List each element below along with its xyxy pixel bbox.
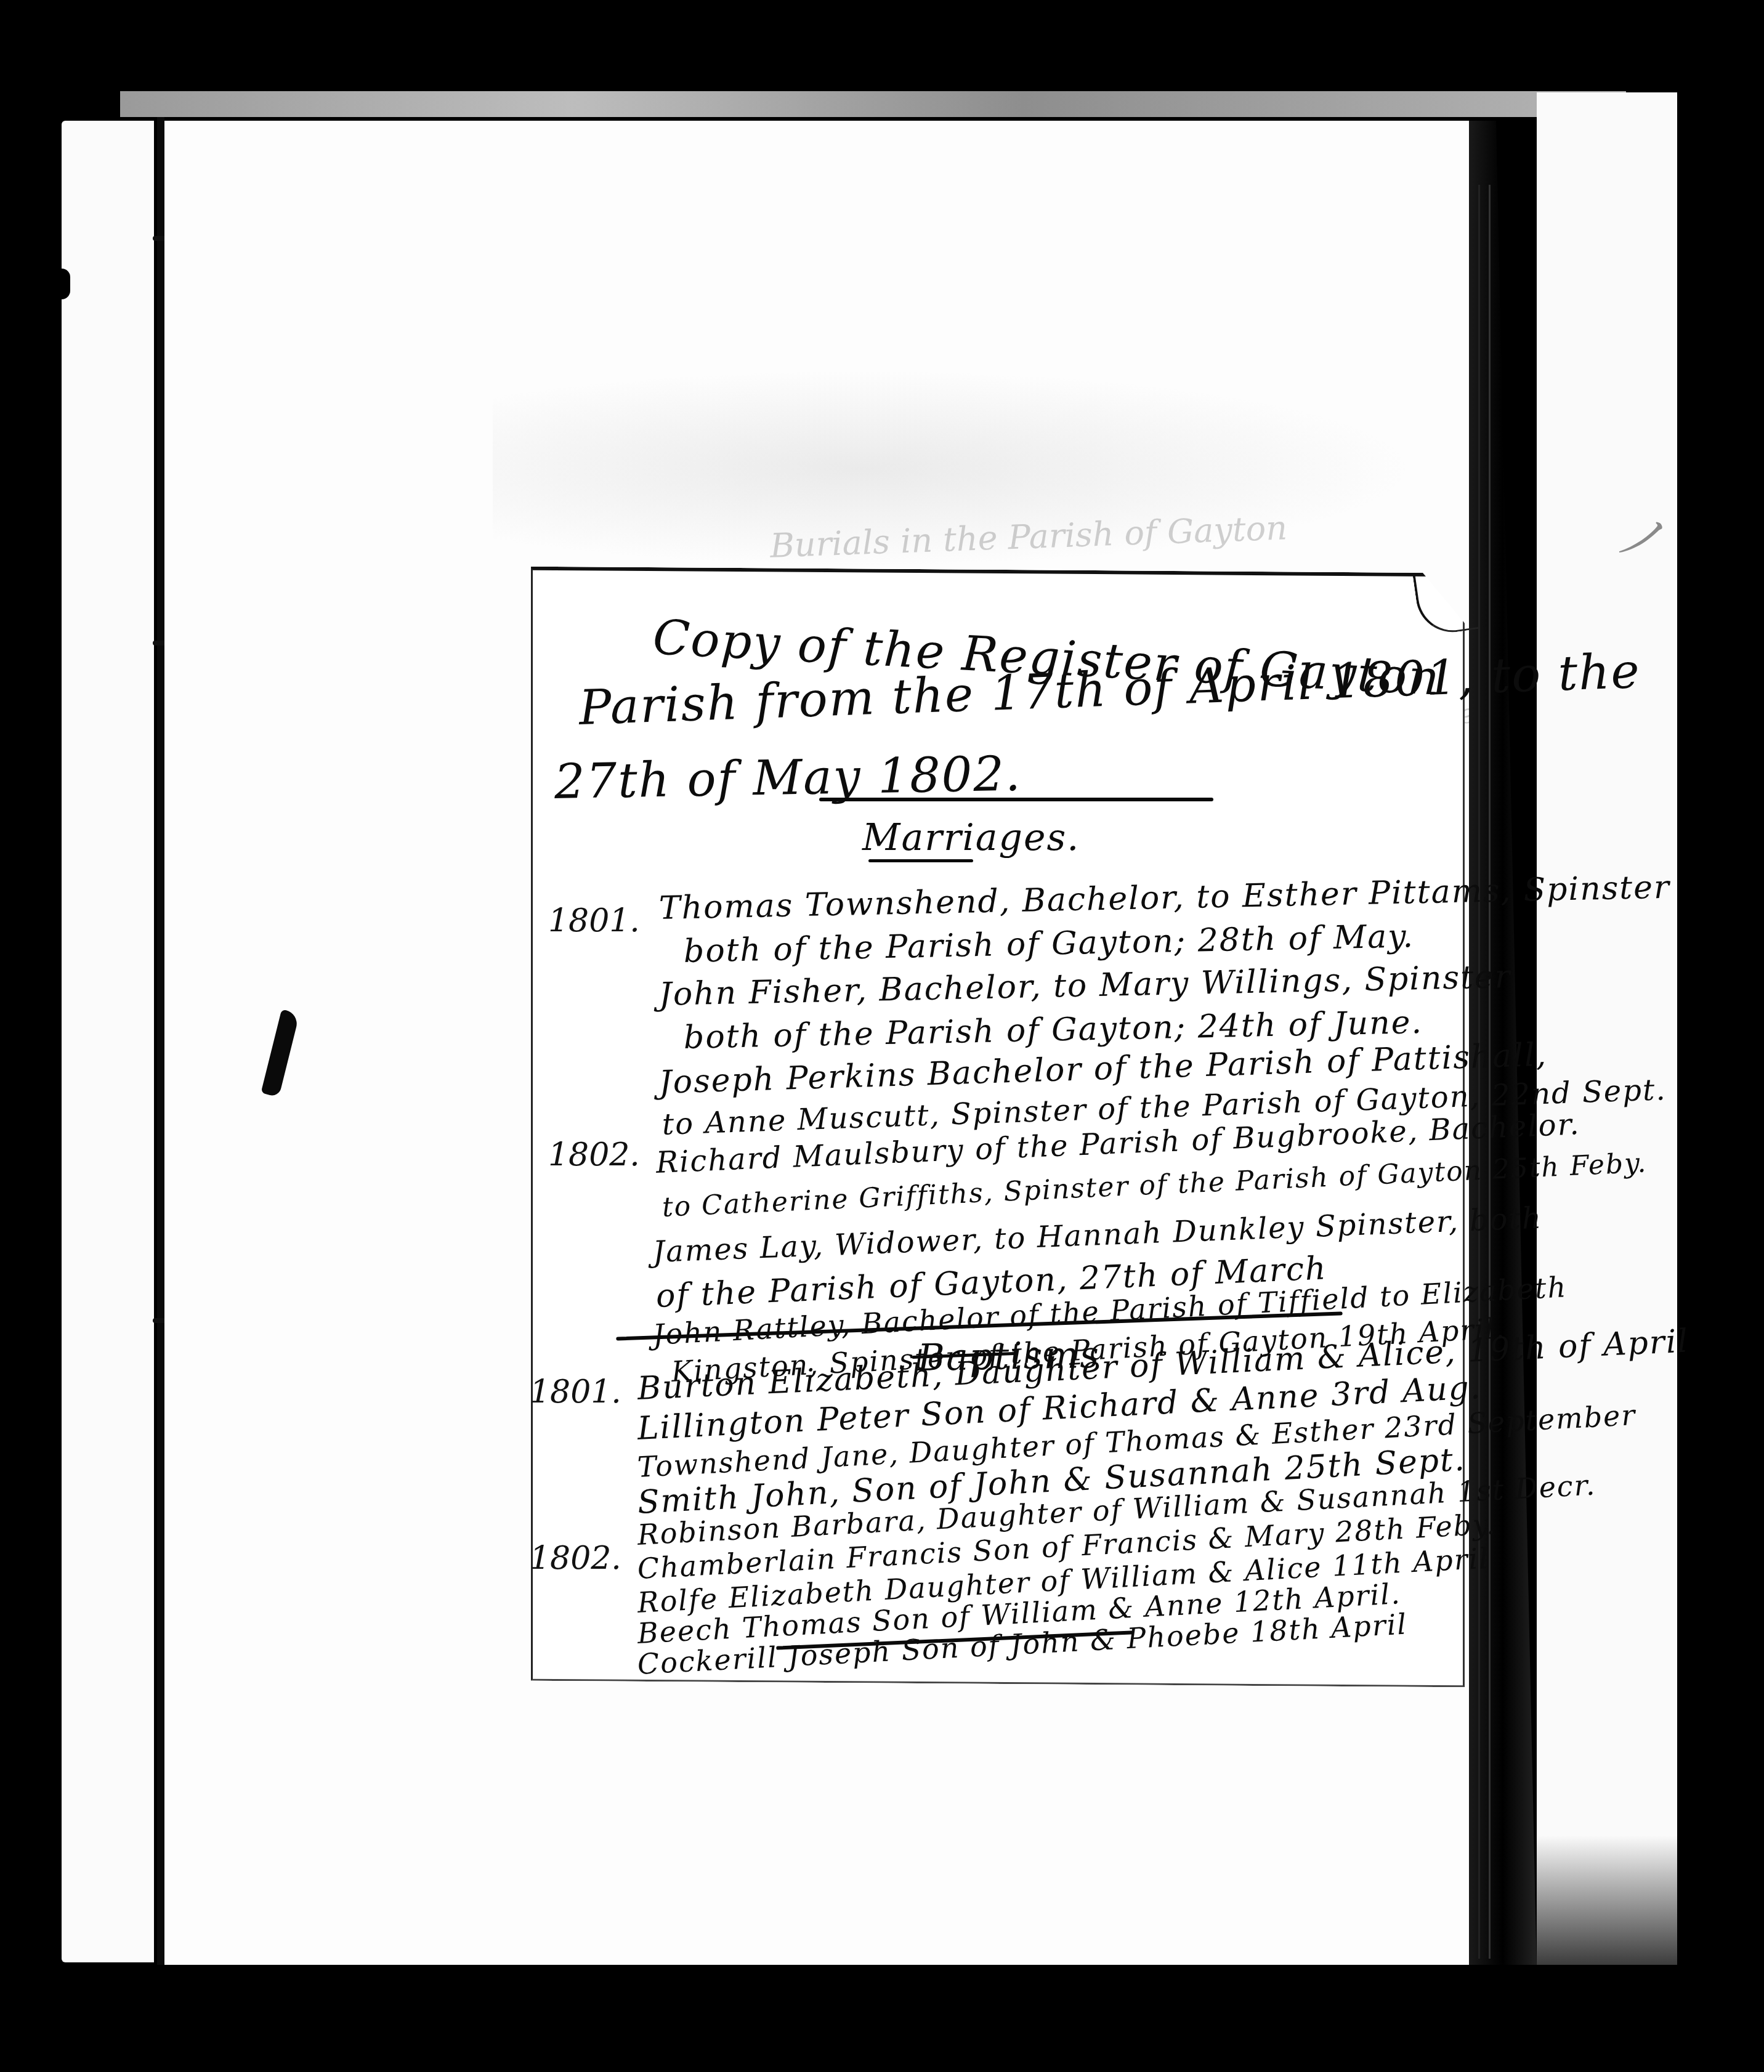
scan-border-top xyxy=(0,0,1764,91)
book-spine-line xyxy=(157,117,164,1965)
baptism-year: 1801. xyxy=(530,1374,621,1410)
scanner-top-band xyxy=(120,91,1626,117)
marriage-year: 1802. xyxy=(548,1136,640,1173)
marriage-year: 1801. xyxy=(548,902,640,939)
marriages-heading: Marriages. xyxy=(862,816,1080,859)
right-strip-shade xyxy=(1537,1835,1677,1965)
marriages-underline xyxy=(868,859,973,862)
right-board-strip xyxy=(1537,92,1677,1965)
left-page-strip xyxy=(62,121,154,1962)
scan-border-right xyxy=(1677,0,1764,2072)
baptism-year: 1802. xyxy=(530,1540,621,1577)
title-underline xyxy=(819,798,1213,801)
scan-border-left xyxy=(0,91,62,1970)
scan-border-bottom xyxy=(0,1965,1764,2072)
